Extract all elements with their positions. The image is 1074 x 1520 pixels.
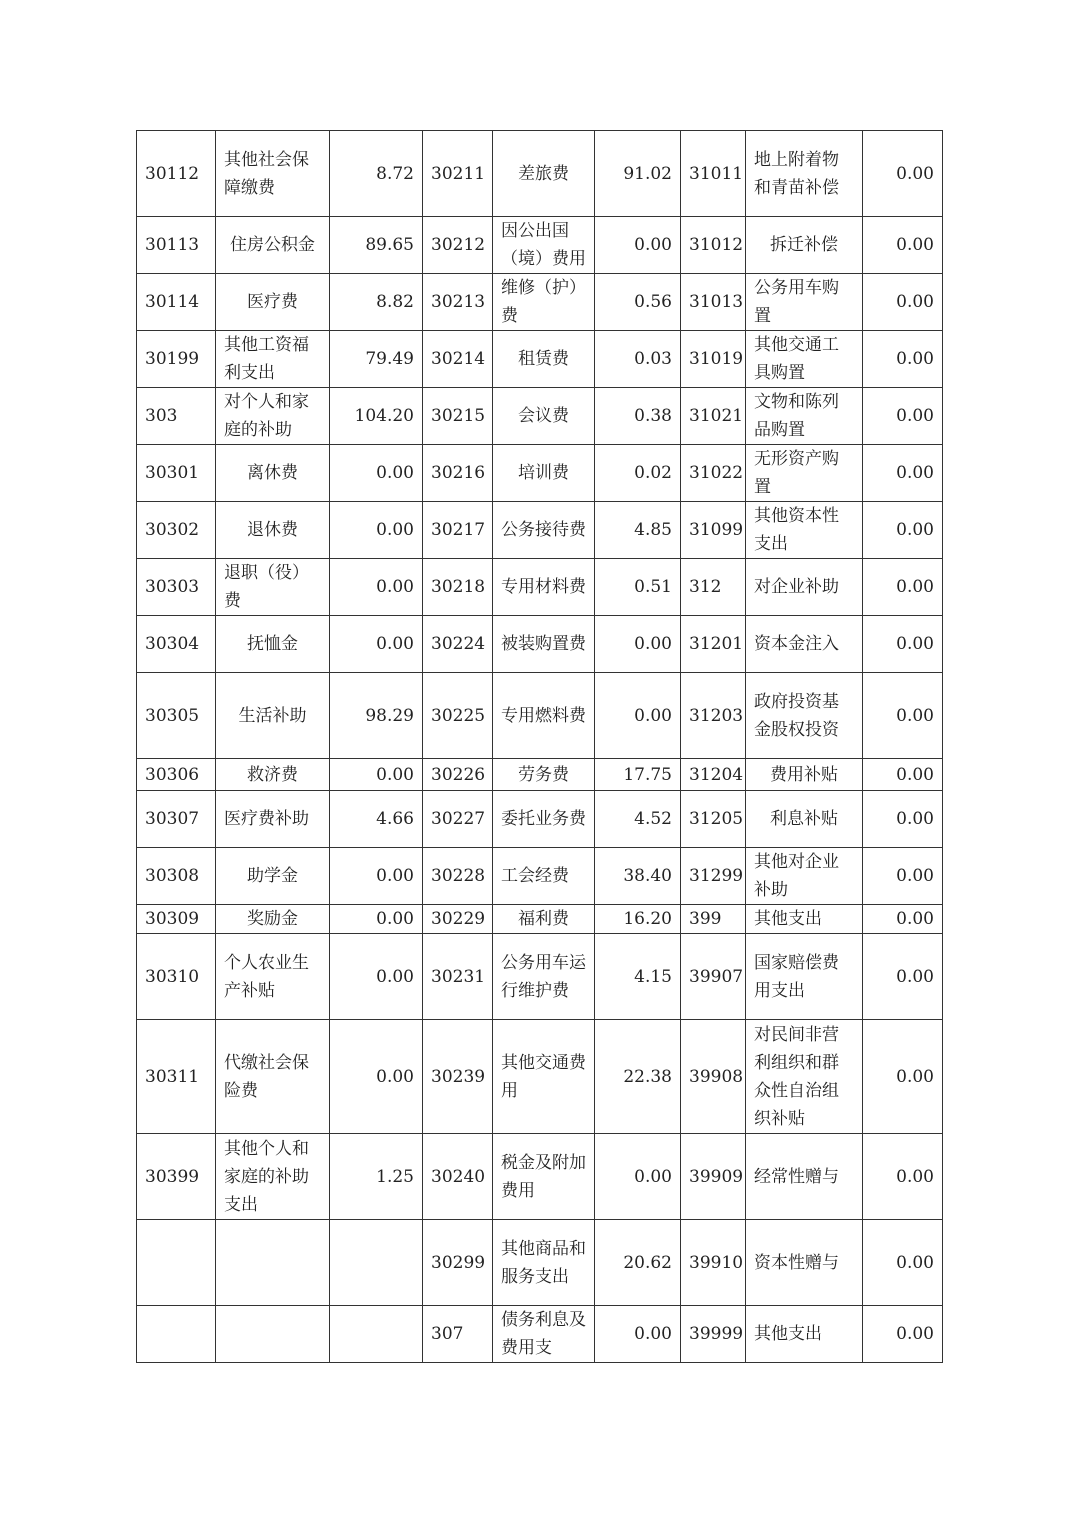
- table-body: 30112其他社会保障缴费8.7230211差旅费91.0231011地上附着物…: [137, 131, 943, 1363]
- name-cell: 其他支出: [746, 905, 863, 934]
- amount-cell: 8.72: [330, 131, 423, 217]
- amount-cell: [330, 1220, 423, 1306]
- name-cell: 其他个人和家庭的补助支出: [216, 1134, 330, 1220]
- code-cell: 31011: [681, 131, 746, 217]
- code-cell: 30309: [137, 905, 216, 934]
- name-cell: 其他商品和服务支出: [493, 1220, 595, 1306]
- table-row: 30308助学金0.0030228工会经费38.4031299其他对企业补助0.…: [137, 848, 943, 905]
- code-cell: 30229: [423, 905, 493, 934]
- code-cell: 31019: [681, 331, 746, 388]
- code-cell: 39908: [681, 1020, 746, 1134]
- name-cell: 代缴社会保险费: [216, 1020, 330, 1134]
- name-cell: 被装购置费: [493, 616, 595, 673]
- name-cell: 退休费: [216, 502, 330, 559]
- amount-cell: 0.00: [330, 502, 423, 559]
- name-cell: 差旅费: [493, 131, 595, 217]
- name-cell: 劳务费: [493, 759, 595, 791]
- table-row: 30307医疗费补助4.6630227委托业务费4.5231205利息补贴0.0…: [137, 791, 943, 848]
- code-cell: 31022: [681, 445, 746, 502]
- code-cell: 30114: [137, 274, 216, 331]
- code-cell: 31201: [681, 616, 746, 673]
- code-cell: 307: [423, 1306, 493, 1363]
- amount-cell: 0.00: [330, 445, 423, 502]
- code-cell: 30217: [423, 502, 493, 559]
- amount-cell: 0.00: [330, 934, 423, 1020]
- name-cell: 对个人和家庭的补助: [216, 388, 330, 445]
- name-cell: 离休费: [216, 445, 330, 502]
- name-cell: 抚恤金: [216, 616, 330, 673]
- table-row: 30113住房公积金89.6530212因公出国（境）费用0.0031012拆迁…: [137, 217, 943, 274]
- name-cell: 租赁费: [493, 331, 595, 388]
- amount-cell: 0.00: [330, 1020, 423, 1134]
- table-row: 303对个人和家庭的补助104.2030215会议费0.3831021文物和陈列…: [137, 388, 943, 445]
- amount-cell: 104.20: [330, 388, 423, 445]
- code-cell: 30308: [137, 848, 216, 905]
- amount-cell: 22.38: [595, 1020, 681, 1134]
- amount-cell: 0.00: [595, 217, 681, 274]
- amount-cell: [330, 1306, 423, 1363]
- amount-cell: 0.00: [595, 616, 681, 673]
- amount-cell: 0.00: [863, 388, 943, 445]
- name-cell: 其他资本性支出: [746, 502, 863, 559]
- name-cell: 文物和陈列品购置: [746, 388, 863, 445]
- amount-cell: 38.40: [595, 848, 681, 905]
- code-cell: 31204: [681, 759, 746, 791]
- code-cell: 30311: [137, 1020, 216, 1134]
- code-cell: 30214: [423, 331, 493, 388]
- amount-cell: 0.00: [863, 559, 943, 616]
- name-cell: 无形资产购置: [746, 445, 863, 502]
- amount-cell: 0.51: [595, 559, 681, 616]
- name-cell: 生活补助: [216, 673, 330, 759]
- name-cell: 医疗费补助: [216, 791, 330, 848]
- code-cell: 30302: [137, 502, 216, 559]
- code-cell: 30113: [137, 217, 216, 274]
- amount-cell: 16.20: [595, 905, 681, 934]
- code-cell: 30199: [137, 331, 216, 388]
- code-cell: 30305: [137, 673, 216, 759]
- amount-cell: 4.85: [595, 502, 681, 559]
- code-cell: 399: [681, 905, 746, 934]
- name-cell: 经常性赠与: [746, 1134, 863, 1220]
- code-cell: 30216: [423, 445, 493, 502]
- code-cell: 30225: [423, 673, 493, 759]
- code-cell: 30215: [423, 388, 493, 445]
- amount-cell: 0.00: [863, 791, 943, 848]
- amount-cell: 0.00: [863, 848, 943, 905]
- name-cell: 因公出国（境）费用: [493, 217, 595, 274]
- amount-cell: 0.00: [863, 905, 943, 934]
- table-row: 30199其他工资福利支出79.4930214租赁费0.0331019其他交通工…: [137, 331, 943, 388]
- amount-cell: 0.03: [595, 331, 681, 388]
- amount-cell: 0.00: [595, 1306, 681, 1363]
- amount-cell: 0.00: [863, 1020, 943, 1134]
- amount-cell: 0.56: [595, 274, 681, 331]
- name-cell: 其他对企业补助: [746, 848, 863, 905]
- table-row: 30310个人农业生产补贴0.0030231公务用车运行维护费4.1539907…: [137, 934, 943, 1020]
- code-cell: 30112: [137, 131, 216, 217]
- amount-cell: 0.00: [595, 673, 681, 759]
- amount-cell: 8.82: [330, 274, 423, 331]
- amount-cell: 0.00: [330, 848, 423, 905]
- code-cell: 31203: [681, 673, 746, 759]
- name-cell: 其他支出: [746, 1306, 863, 1363]
- amount-cell: 17.75: [595, 759, 681, 791]
- name-cell: [216, 1220, 330, 1306]
- table-row: 30399其他个人和家庭的补助支出1.2530240税金及附加费用0.00399…: [137, 1134, 943, 1220]
- table-row: 30112其他社会保障缴费8.7230211差旅费91.0231011地上附着物…: [137, 131, 943, 217]
- name-cell: 政府投资基金股权投资: [746, 673, 863, 759]
- code-cell: 39907: [681, 934, 746, 1020]
- name-cell: 公务用车运行维护费: [493, 934, 595, 1020]
- table-row: 30302退休费0.0030217公务接待费4.8531099其他资本性支出0.…: [137, 502, 943, 559]
- code-cell: 312: [681, 559, 746, 616]
- code-cell: 30306: [137, 759, 216, 791]
- code-cell: 39910: [681, 1220, 746, 1306]
- amount-cell: 0.00: [595, 1134, 681, 1220]
- code-cell: 30240: [423, 1134, 493, 1220]
- table-row: 307债务利息及费用支0.0039999其他支出0.00: [137, 1306, 943, 1363]
- code-cell: 39909: [681, 1134, 746, 1220]
- code-cell: 30231: [423, 934, 493, 1020]
- amount-cell: 0.00: [863, 616, 943, 673]
- code-cell: 31205: [681, 791, 746, 848]
- name-cell: 地上附着物和青苗补偿: [746, 131, 863, 217]
- name-cell: 医疗费: [216, 274, 330, 331]
- name-cell: 国家赔偿费用支出: [746, 934, 863, 1020]
- code-cell: 30399: [137, 1134, 216, 1220]
- table-row: 30304抚恤金0.0030224被装购置费0.0031201资本金注入0.00: [137, 616, 943, 673]
- amount-cell: 0.00: [863, 131, 943, 217]
- amount-cell: 0.00: [330, 559, 423, 616]
- code-cell: 30228: [423, 848, 493, 905]
- amount-cell: 20.62: [595, 1220, 681, 1306]
- table-row: 30301离休费0.0030216培训费0.0231022无形资产购置0.00: [137, 445, 943, 502]
- code-cell: 30211: [423, 131, 493, 217]
- amount-cell: 0.00: [863, 274, 943, 331]
- name-cell: 福利费: [493, 905, 595, 934]
- name-cell: 培训费: [493, 445, 595, 502]
- name-cell: 个人农业生产补贴: [216, 934, 330, 1020]
- name-cell: [216, 1306, 330, 1363]
- name-cell: 债务利息及费用支: [493, 1306, 595, 1363]
- code-cell: 31021: [681, 388, 746, 445]
- amount-cell: 0.00: [863, 759, 943, 791]
- code-cell: 30299: [423, 1220, 493, 1306]
- name-cell: 助学金: [216, 848, 330, 905]
- table-row: 30306救济费0.0030226劳务费17.7531204费用补贴0.00: [137, 759, 943, 791]
- code-cell: 39999: [681, 1306, 746, 1363]
- code-cell: 30307: [137, 791, 216, 848]
- amount-cell: 4.15: [595, 934, 681, 1020]
- name-cell: 专用燃料费: [493, 673, 595, 759]
- table-row: 30303退职（役）费0.0030218专用材料费0.51312对企业补助0.0…: [137, 559, 943, 616]
- amount-cell: 79.49: [330, 331, 423, 388]
- amount-cell: 1.25: [330, 1134, 423, 1220]
- code-cell: 31299: [681, 848, 746, 905]
- amount-cell: 0.00: [330, 905, 423, 934]
- code-cell: 30304: [137, 616, 216, 673]
- amount-cell: 98.29: [330, 673, 423, 759]
- name-cell: 资本性赠与: [746, 1220, 863, 1306]
- table-row: 30309奖励金0.0030229福利费16.20399其他支出0.00: [137, 905, 943, 934]
- name-cell: 奖励金: [216, 905, 330, 934]
- amount-cell: 0.00: [863, 934, 943, 1020]
- name-cell: 其他交通费用: [493, 1020, 595, 1134]
- amount-cell: 0.00: [863, 673, 943, 759]
- table-row: 30114医疗费8.8230213维修（护）费0.5631013公务用车购置0.…: [137, 274, 943, 331]
- code-cell: 30310: [137, 934, 216, 1020]
- amount-cell: 0.00: [863, 331, 943, 388]
- code-cell: 30239: [423, 1020, 493, 1134]
- name-cell: 费用补贴: [746, 759, 863, 791]
- amount-cell: 0.00: [863, 1220, 943, 1306]
- amount-cell: 0.38: [595, 388, 681, 445]
- name-cell: 拆迁补偿: [746, 217, 863, 274]
- amount-cell: 4.66: [330, 791, 423, 848]
- table-row: 30299其他商品和服务支出20.6239910资本性赠与0.00: [137, 1220, 943, 1306]
- amount-cell: 0.00: [863, 1134, 943, 1220]
- name-cell: 委托业务费: [493, 791, 595, 848]
- amount-cell: 0.00: [330, 616, 423, 673]
- name-cell: 公务用车购置: [746, 274, 863, 331]
- name-cell: 退职（役）费: [216, 559, 330, 616]
- code-cell: 30218: [423, 559, 493, 616]
- amount-cell: 0.00: [863, 217, 943, 274]
- name-cell: 专用材料费: [493, 559, 595, 616]
- code-cell: 31012: [681, 217, 746, 274]
- name-cell: 其他工资福利支出: [216, 331, 330, 388]
- name-cell: 会议费: [493, 388, 595, 445]
- name-cell: 公务接待费: [493, 502, 595, 559]
- name-cell: 税金及附加费用: [493, 1134, 595, 1220]
- table-row: 30305生活补助98.2930225专用燃料费0.0031203政府投资基金股…: [137, 673, 943, 759]
- amount-cell: 91.02: [595, 131, 681, 217]
- name-cell: 维修（护）费: [493, 274, 595, 331]
- code-cell: [137, 1220, 216, 1306]
- code-cell: 30226: [423, 759, 493, 791]
- amount-cell: 0.00: [863, 445, 943, 502]
- code-cell: 30212: [423, 217, 493, 274]
- code-cell: 30224: [423, 616, 493, 673]
- code-cell: 30303: [137, 559, 216, 616]
- name-cell: 利息补贴: [746, 791, 863, 848]
- amount-cell: 0.00: [863, 1306, 943, 1363]
- code-cell: 31013: [681, 274, 746, 331]
- document-page: 30112其他社会保障缴费8.7230211差旅费91.0231011地上附着物…: [0, 0, 1074, 1520]
- amount-cell: 0.00: [863, 502, 943, 559]
- name-cell: 对企业补助: [746, 559, 863, 616]
- code-cell: 30301: [137, 445, 216, 502]
- code-cell: 31099: [681, 502, 746, 559]
- table-row: 30311代缴社会保险费0.0030239其他交通费用22.3839908对民间…: [137, 1020, 943, 1134]
- amount-cell: 4.52: [595, 791, 681, 848]
- amount-cell: 0.02: [595, 445, 681, 502]
- code-cell: 30213: [423, 274, 493, 331]
- expenditure-table: 30112其他社会保障缴费8.7230211差旅费91.0231011地上附着物…: [136, 130, 943, 1363]
- code-cell: [137, 1306, 216, 1363]
- name-cell: 住房公积金: [216, 217, 330, 274]
- name-cell: 其他社会保障缴费: [216, 131, 330, 217]
- amount-cell: 89.65: [330, 217, 423, 274]
- code-cell: 30227: [423, 791, 493, 848]
- name-cell: 资本金注入: [746, 616, 863, 673]
- code-cell: 303: [137, 388, 216, 445]
- amount-cell: 0.00: [330, 759, 423, 791]
- name-cell: 对民间非营利组织和群众性自治组织补贴: [746, 1020, 863, 1134]
- name-cell: 其他交通工具购置: [746, 331, 863, 388]
- name-cell: 工会经费: [493, 848, 595, 905]
- name-cell: 救济费: [216, 759, 330, 791]
